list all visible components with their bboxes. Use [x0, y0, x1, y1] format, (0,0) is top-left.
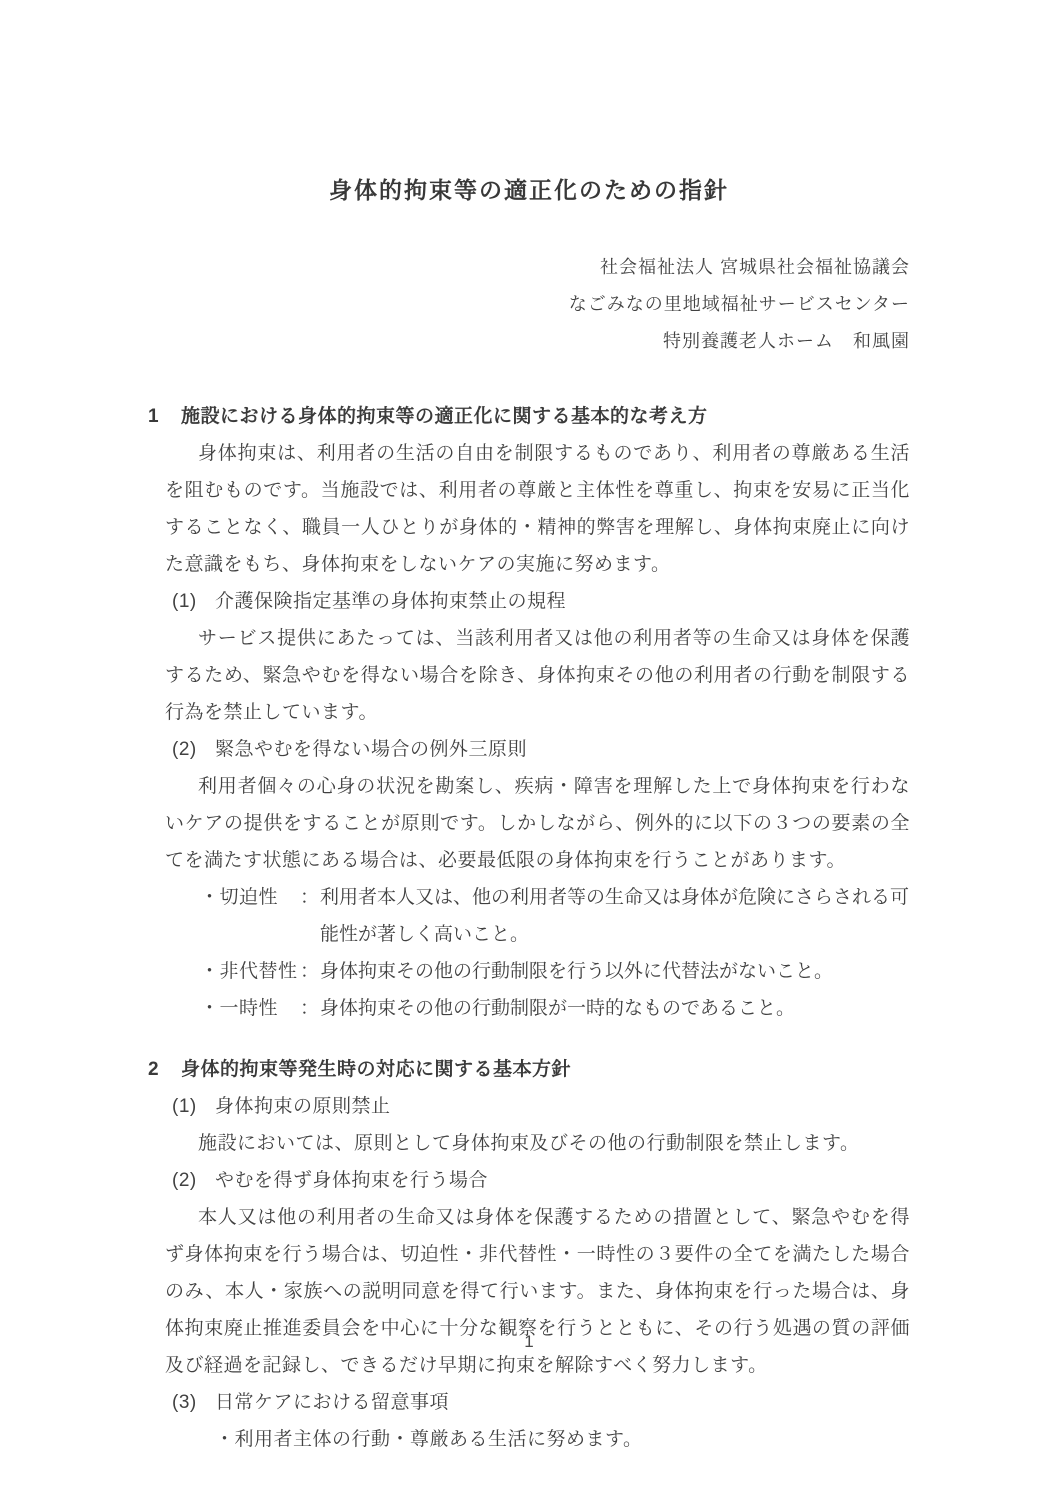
list-item-separator: ：: [300, 953, 320, 990]
subsection-1-2-body: 利用者個々の心身の状況を勘案し、疾病・障害を理解した上で身体拘束を行わないケアの…: [165, 768, 910, 879]
subsection-2-1-heading: (1) 身体拘束の原則禁止: [172, 1088, 910, 1125]
document-title: 身体的拘束等の適正化のための指針: [148, 172, 910, 205]
subsection-2-3-heading-text: 日常ケアにおける留意事項: [215, 1384, 449, 1421]
exception-principles-list: ・切迫性 ： 利用者本人又は、他の利用者等の生命又は身体が危険にさらされる可能性…: [200, 879, 910, 1027]
subsection-1-2-label: (2): [172, 731, 215, 768]
section-2-heading: 2 身体的拘束等発生時の対応に関する基本方針: [148, 1051, 910, 1088]
subsection-2-3-label: (3): [172, 1384, 215, 1421]
subsection-2-2-label: (2): [172, 1162, 215, 1199]
section-1-intro-paragraph: 身体拘束は、利用者の生活の自由を制限するものであり、利用者の尊厳ある生活を阻むも…: [165, 435, 910, 583]
section-1: 1 施設における身体的拘束等の適正化に関する基本的な考え方 身体拘束は、利用者の…: [148, 398, 910, 1027]
subsection-2-3: (3) 日常ケアにおける留意事項 ・利用者主体の行動・尊厳ある生活に努めます。: [148, 1384, 910, 1458]
section-1-heading: 1 施設における身体的拘束等の適正化に関する基本的な考え方: [148, 398, 910, 435]
section-2-number: 2: [148, 1051, 181, 1088]
subsection-2-2-heading: (2) やむを得ず身体拘束を行う場合: [172, 1162, 910, 1199]
subsection-1-2-heading: (2) 緊急やむを得ない場合の例外三原則: [172, 731, 910, 768]
organization-line-3: 特別養護老人ホーム 和風園: [148, 323, 910, 360]
list-item-non-substitutability: ・非代替性 ： 身体拘束その他の行動制限を行う以外に代替法がないこと。: [200, 953, 910, 990]
list-item-term: ・切迫性: [200, 879, 300, 953]
subsection-2-3-heading: (3) 日常ケアにおける留意事項: [172, 1384, 910, 1421]
list-item-separator: ：: [300, 879, 320, 953]
list-item-term: ・一時性: [200, 990, 300, 1027]
subsection-1-1-heading: (1) 介護保険指定基準の身体拘束禁止の規程: [172, 583, 910, 620]
subsection-2-1-body: 施設においては、原則として身体拘束及びその他の行動制限を禁止します。: [165, 1125, 910, 1162]
document-content: 身体的拘束等の適正化のための指針 社会福祉法人 宮城県社会福祉協議会 なごみなの…: [0, 172, 1058, 1458]
subsection-1-1: (1) 介護保険指定基準の身体拘束禁止の規程 サービス提供にあたっては、当該利用…: [148, 583, 910, 731]
list-item-description: 利用者本人又は、他の利用者等の生命又は身体が危険にさらされる可能性が著しく高いこ…: [320, 879, 910, 953]
subsection-2-1-heading-text: 身体拘束の原則禁止: [215, 1088, 391, 1125]
subsection-1-1-body: サービス提供にあたっては、当該利用者又は他の利用者等の生命又は身体を保護するため…: [165, 620, 910, 731]
section-1-heading-text: 施設における身体的拘束等の適正化に関する基本的な考え方: [181, 398, 708, 435]
section-2-heading-text: 身体的拘束等発生時の対応に関する基本方針: [181, 1051, 571, 1088]
subsection-2-1-label: (1): [172, 1088, 215, 1125]
subsection-2-2-body: 本人又は他の利用者の生命又は身体を保護するための措置として、緊急やむを得ず身体拘…: [165, 1199, 910, 1384]
section-2: 2 身体的拘束等発生時の対応に関する基本方針 (1) 身体拘束の原則禁止 施設に…: [148, 1051, 910, 1458]
subsection-1-2-heading-text: 緊急やむを得ない場合の例外三原則: [215, 731, 527, 768]
organization-line-1: 社会福祉法人 宮城県社会福祉協議会: [148, 249, 910, 286]
list-item-temporariness: ・一時性 ： 身体拘束その他の行動制限が一時的なものであること。: [200, 990, 910, 1027]
subsection-2-2-heading-text: やむを得ず身体拘束を行う場合: [215, 1162, 488, 1199]
list-item-term: ・非代替性: [200, 953, 300, 990]
subsection-1-2: (2) 緊急やむを得ない場合の例外三原則 利用者個々の心身の状況を勘案し、疾病・…: [148, 731, 910, 1027]
subsection-1-1-label: (1): [172, 583, 215, 620]
section-1-number: 1: [148, 398, 181, 435]
list-item-description: 身体拘束その他の行動制限が一時的なものであること。: [320, 990, 910, 1027]
subsection-1-1-heading-text: 介護保険指定基準の身体拘束禁止の規程: [215, 583, 566, 620]
list-item-urgency: ・切迫性 ： 利用者本人又は、他の利用者等の生命又は身体が危険にさらされる可能性…: [200, 879, 910, 953]
daily-care-bullet: ・利用者主体の行動・尊厳ある生活に努めます。: [215, 1421, 910, 1458]
page-number: 1: [0, 1332, 1058, 1352]
organization-line-2: なごみなの里地域福祉サービスセンター: [148, 286, 910, 323]
organization-block: 社会福祉法人 宮城県社会福祉協議会 なごみなの里地域福祉サービスセンター 特別養…: [148, 249, 910, 360]
list-item-separator: ：: [300, 990, 320, 1027]
list-item-description: 身体拘束その他の行動制限を行う以外に代替法がないこと。: [320, 953, 910, 990]
document-page: 身体的拘束等の適正化のための指針 社会福祉法人 宮城県社会福祉協議会 なごみなの…: [0, 0, 1058, 1496]
subsection-2-1: (1) 身体拘束の原則禁止 施設においては、原則として身体拘束及びその他の行動制…: [148, 1088, 910, 1162]
